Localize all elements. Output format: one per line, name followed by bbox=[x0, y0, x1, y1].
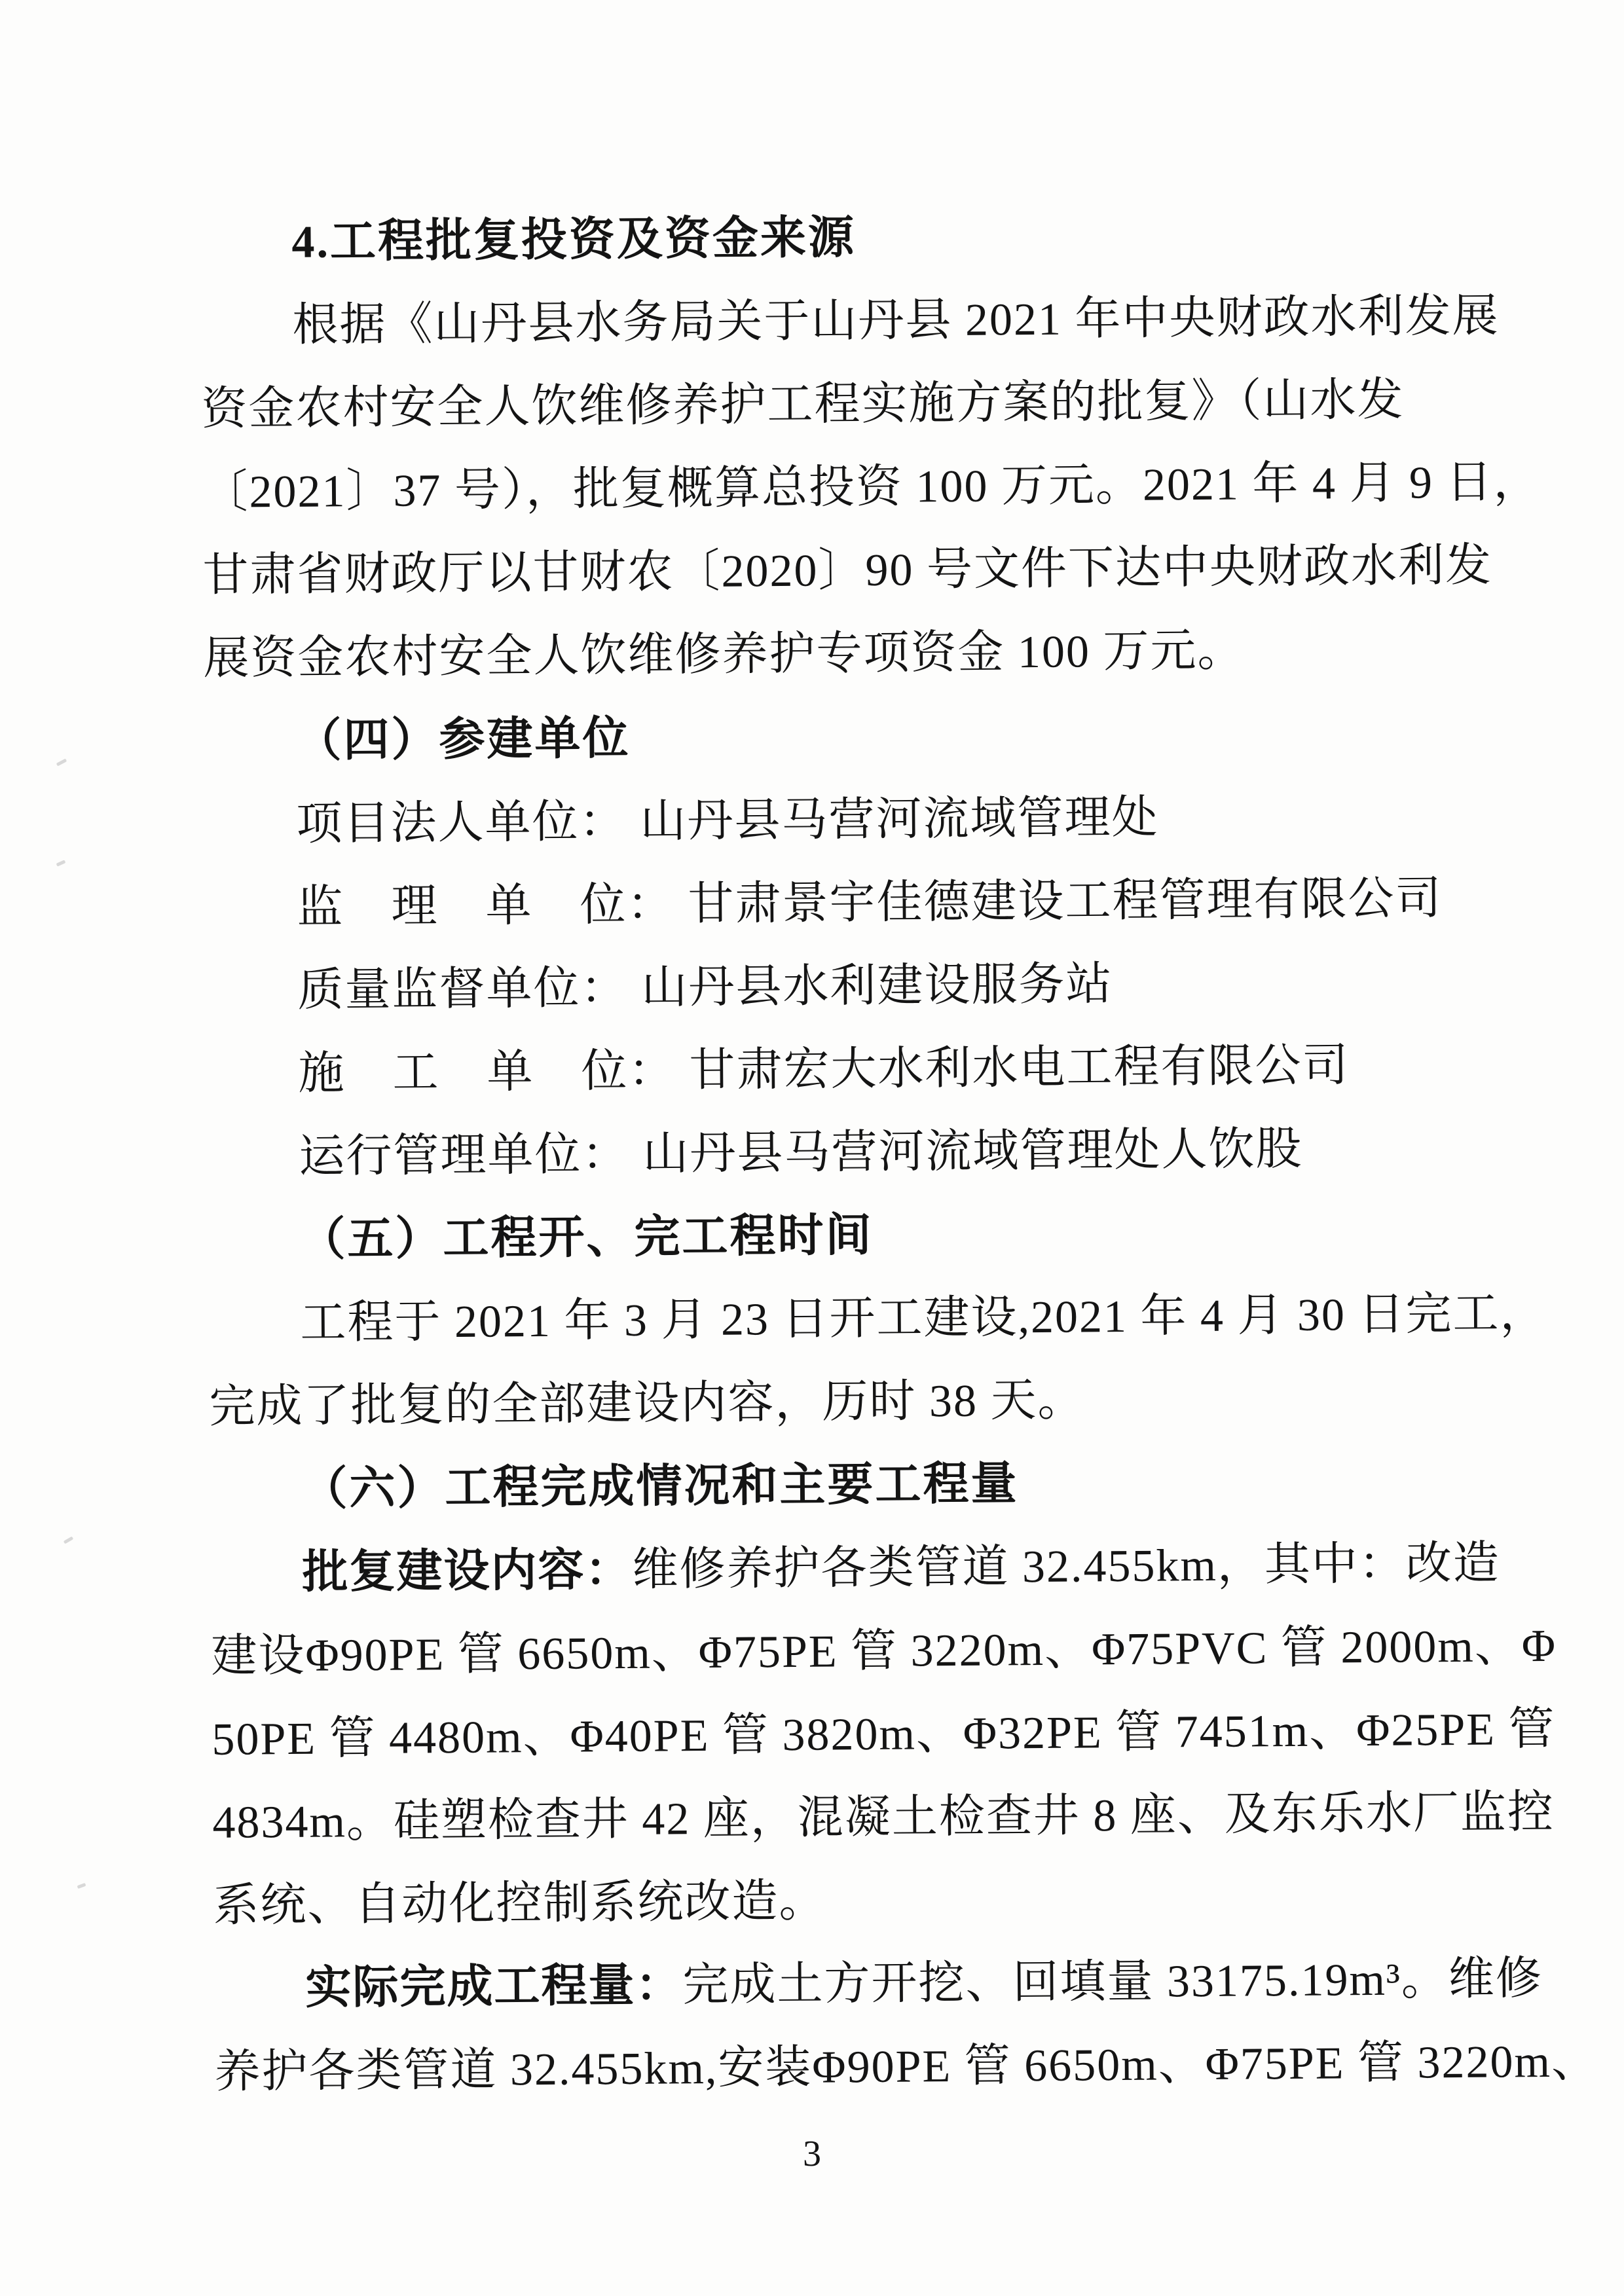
paragraph-text: 维修养护各类管道 32.455km，其中：改造 bbox=[632, 1538, 1500, 1595]
unit-value: 山丹县马营河流域管理处 bbox=[640, 793, 1159, 847]
paragraph-line: 批复建设内容：维修养护各类管道 32.455km，其中：改造 bbox=[210, 1522, 1429, 1615]
paragraph-line: 甘肃省财政厅以甘财农〔2020〕90 号文件下达中央财政水利发 bbox=[202, 524, 1421, 617]
unit-row: 施 工 单 位：甘肃宏大水利水电工程有限公司 bbox=[206, 1023, 1425, 1116]
unit-value: 山丹县水利建设服务站 bbox=[641, 959, 1113, 1013]
paragraph-line: 50PE 管 4480m、Φ40PE 管 3820m、Φ32PE 管 7451m… bbox=[212, 1688, 1430, 1781]
unit-value: 山丹县马营河流域管理处人饮股 bbox=[642, 1124, 1303, 1180]
unit-row: 项目法人单位：山丹县马营河流域管理处 bbox=[204, 774, 1423, 867]
scan-artifact bbox=[77, 1883, 86, 1889]
unit-label: 监 理 单 位： bbox=[297, 879, 674, 933]
unit-label: 施 工 单 位： bbox=[298, 1046, 676, 1099]
scan-artifact bbox=[56, 759, 67, 767]
actual-quantity-label: 实际完成工程量： bbox=[305, 1960, 683, 2014]
unit-value: 甘肃景宇佳德建设工程管理有限公司 bbox=[688, 873, 1443, 930]
paragraph-line: 根据《山丹县水务局关于山丹县 2021 年中央财政水利发展 bbox=[200, 275, 1419, 368]
paragraph-line: 实际完成工程量：完成土方开挖、回填量 33175.19m³。维修 bbox=[213, 1938, 1432, 2031]
heading-section-part6: （六）工程完成情况和主要工程量 bbox=[210, 1439, 1428, 1532]
document-body: 4.工程批复投资及资金来源 根据《山丹县水务局关于山丹县 2021 年中央财政水… bbox=[200, 192, 1433, 2114]
unit-label: 质量监督单位： bbox=[297, 963, 628, 1016]
unit-row: 质量监督单位：山丹县水利建设服务站 bbox=[206, 940, 1424, 1033]
scanned-page: 4.工程批复投资及资金来源 根据《山丹县水务局关于山丹县 2021 年中央财政水… bbox=[0, 0, 1624, 2296]
heading-section-4: 4.工程批复投资及资金来源 bbox=[200, 192, 1418, 285]
approved-content-label: 批复建设内容： bbox=[302, 1545, 633, 1598]
paragraph-text: 完成土方开挖、回填量 33175.19m³。维修 bbox=[682, 1954, 1543, 2011]
unit-label: 运行管理单位： bbox=[299, 1129, 629, 1182]
paragraph-line: 展资金农村安全人饮维修养护专项资金 100 万元。 bbox=[203, 608, 1422, 701]
page-number: 3 bbox=[0, 2133, 1624, 2175]
heading-section-part4: （四）参建单位 bbox=[204, 691, 1422, 784]
scan-artifact bbox=[64, 1537, 73, 1544]
paragraph-line: 完成了批复的全部建设内容，历时 38 天。 bbox=[209, 1356, 1428, 1449]
unit-row: 监 理 单 位：甘肃景宇佳德建设工程管理有限公司 bbox=[205, 857, 1424, 950]
paragraph-line: 养护各类管道 32.455km,安装Φ90PE 管 6650m、Φ75PE 管 … bbox=[214, 2021, 1433, 2114]
paragraph-line: 4834m。硅塑检查井 42 座，混凝土检查井 8 座、及东乐水厂监控 bbox=[212, 1772, 1431, 1865]
paragraph-line: 〔2021〕37 号），批复概算总投资 100 万元。2021 年 4 月 9 … bbox=[202, 441, 1420, 534]
heading-section-part5: （五）工程开、完工程时间 bbox=[208, 1190, 1426, 1283]
unit-row: 运行管理单位：山丹县马营河流域管理处人饮股 bbox=[207, 1106, 1426, 1199]
scan-artifact bbox=[56, 860, 66, 866]
unit-value: 甘肃宏大水利水电工程有限公司 bbox=[689, 1040, 1350, 1096]
unit-label: 项目法人单位： bbox=[296, 797, 627, 850]
paragraph-line: 资金农村安全人饮维修养护工程实施方案的批复》（山水发 bbox=[201, 358, 1420, 451]
paragraph-line: 建设Φ90PE 管 6650m、Φ75PE 管 3220m、Φ75PVC 管 2… bbox=[211, 1605, 1430, 1698]
paragraph-line: 工程于 2021 年 3 月 23 日开工建设,2021 年 4 月 30 日完… bbox=[208, 1273, 1427, 1366]
paragraph-line: 系统、自动化控制系统改造。 bbox=[213, 1855, 1431, 1948]
